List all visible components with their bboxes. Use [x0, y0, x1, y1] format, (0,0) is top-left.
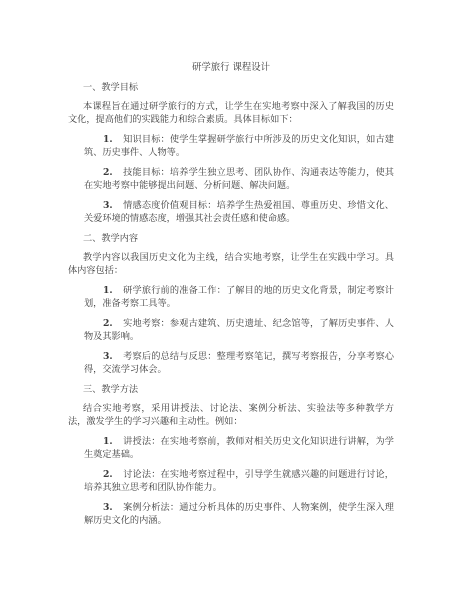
list-number: 2. [103, 166, 123, 179]
list-number: 3. [103, 350, 123, 363]
list-number: 2. [103, 468, 123, 481]
document-body: 研学旅行 课程设计 一、教学目标 本课程旨在通过研学旅行的方式，让学生在实地考察… [68, 61, 394, 534]
list-item: 3.考察后的总结与反思：整理考察笔记，撰写考察报告，分享考察心得，交流学习体会。 [68, 350, 394, 376]
document-page: 研学旅行 课程设计 一、教学目标 本课程旨在通过研学旅行的方式，让学生在实地考察… [0, 0, 463, 600]
list-number: 3. [103, 501, 123, 514]
list-text: 案例分析法：通过分析具体的历史事件、人物案例，使学生深入理解历史文化的内涵。 [84, 502, 394, 526]
list-number: 1. [103, 133, 123, 146]
list-item: 1.知识目标：使学生掌握研学旅行中所涉及的历史文化知识，如古建筑、历史事件、人物… [68, 133, 394, 159]
list-number: 1. [103, 284, 123, 297]
list-item: 2.技能目标：培养学生独立思考、团队协作、沟通表达等能力，使其在实地考察中能够提… [68, 166, 394, 192]
list-text: 知识目标：使学生掌握研学旅行中所涉及的历史文化知识，如古建筑、历史事件、人物等。 [84, 134, 394, 158]
list-item: 1.研学旅行前的准备工作：了解目的地的历史文化背景，制定考察计划，准备考察工具等… [68, 284, 394, 310]
list-item: 3.情感态度价值观目标：培养学生热爱祖国、尊重历史、珍惜文化、关爱环境的情感态度… [68, 199, 394, 225]
list-item: 2.实地考察：参观古建筑、历史遗址、纪念馆等，了解历史事件、人物及其影响。 [68, 317, 394, 343]
list-text: 讲授法：在实地考察前，教师对相关历史文化知识进行讲解，为学生奠定基础。 [84, 436, 394, 460]
list-text: 情感态度价值观目标：培养学生热爱祖国、尊重历史、珍惜文化、关爱环境的情感态度，增… [84, 200, 394, 224]
section-intro-objectives: 本课程旨在通过研学旅行的方式，让学生在实地考察中深入了解我国的历史文化，提高他们… [68, 100, 394, 126]
list-item: 1.讲授法：在实地考察前，教师对相关历史文化知识进行讲解，为学生奠定基础。 [68, 435, 394, 461]
section-heading-content: 二、教学内容 [68, 232, 394, 245]
document-title: 研学旅行 课程设计 [68, 61, 394, 74]
list-number: 1. [103, 435, 123, 448]
list-number: 2. [103, 317, 123, 330]
list-text: 实地考察：参观古建筑、历史遗址、纪念馆等，了解历史事件、人物及其影响。 [84, 318, 394, 342]
list-text: 技能目标：培养学生独立思考、团队协作、沟通表达等能力，使其在实地考察中能够提出问… [84, 167, 394, 191]
list-text: 考察后的总结与反思：整理考察笔记，撰写考察报告，分享考察心得，交流学习体会。 [84, 351, 394, 375]
list-item: 3.案例分析法：通过分析具体的历史事件、人物案例，使学生深入理解历史文化的内涵。 [68, 501, 394, 527]
list-item: 2.讨论法：在实地考察过程中，引导学生就感兴趣的问题进行讨论，培养其独立思考和团… [68, 468, 394, 494]
section-intro-methods: 结合实地考察，采用讲授法、讨论法、案例分析法、实验法等多种教学方法，激发学生的学… [68, 402, 394, 428]
section-intro-content: 教学内容以我国历史文化为主线，结合实地考察，让学生在实践中学习。具体内容包括： [68, 251, 394, 277]
section-heading-methods: 三、教学方法 [68, 383, 394, 396]
list-text: 讨论法：在实地考察过程中，引导学生就感兴趣的问题进行讨论，培养其独立思考和团队协… [84, 469, 394, 493]
list-number: 3. [103, 199, 123, 212]
list-text: 研学旅行前的准备工作：了解目的地的历史文化背景，制定考察计划，准备考察工具等。 [84, 285, 394, 309]
section-heading-objectives: 一、教学目标 [68, 81, 394, 94]
